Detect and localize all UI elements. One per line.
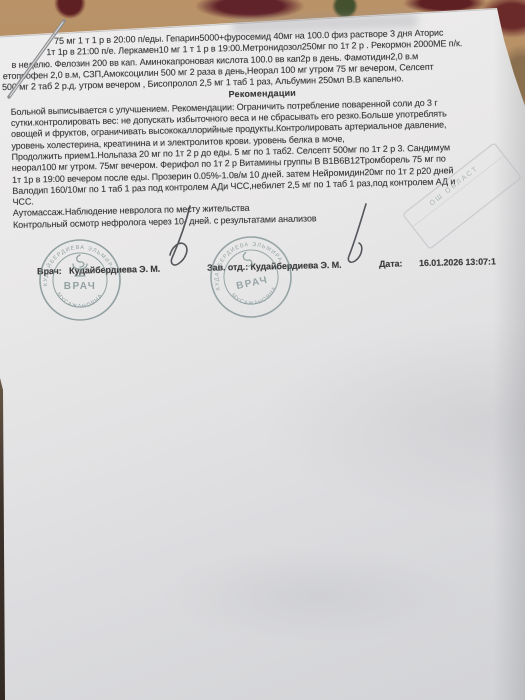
photo-of-document: 75 мг 1 т 1 р в 20:00 п/еды. Гепарин5000… (0, 0, 525, 700)
doctor-label: Врач: (37, 266, 62, 278)
document-text: 75 мг 1 т 1 р в 20:00 п/еды. Гепарин5000… (8, 26, 519, 281)
date-label: Дата: (379, 258, 403, 270)
head-of-department-name: Зав. отд.: Кудайбердиева Э. М. (207, 260, 342, 274)
date-value: 16.01.2026 13:07:1 (419, 256, 496, 269)
doctor-name: Кудайбердиева Э. М. (69, 264, 160, 277)
